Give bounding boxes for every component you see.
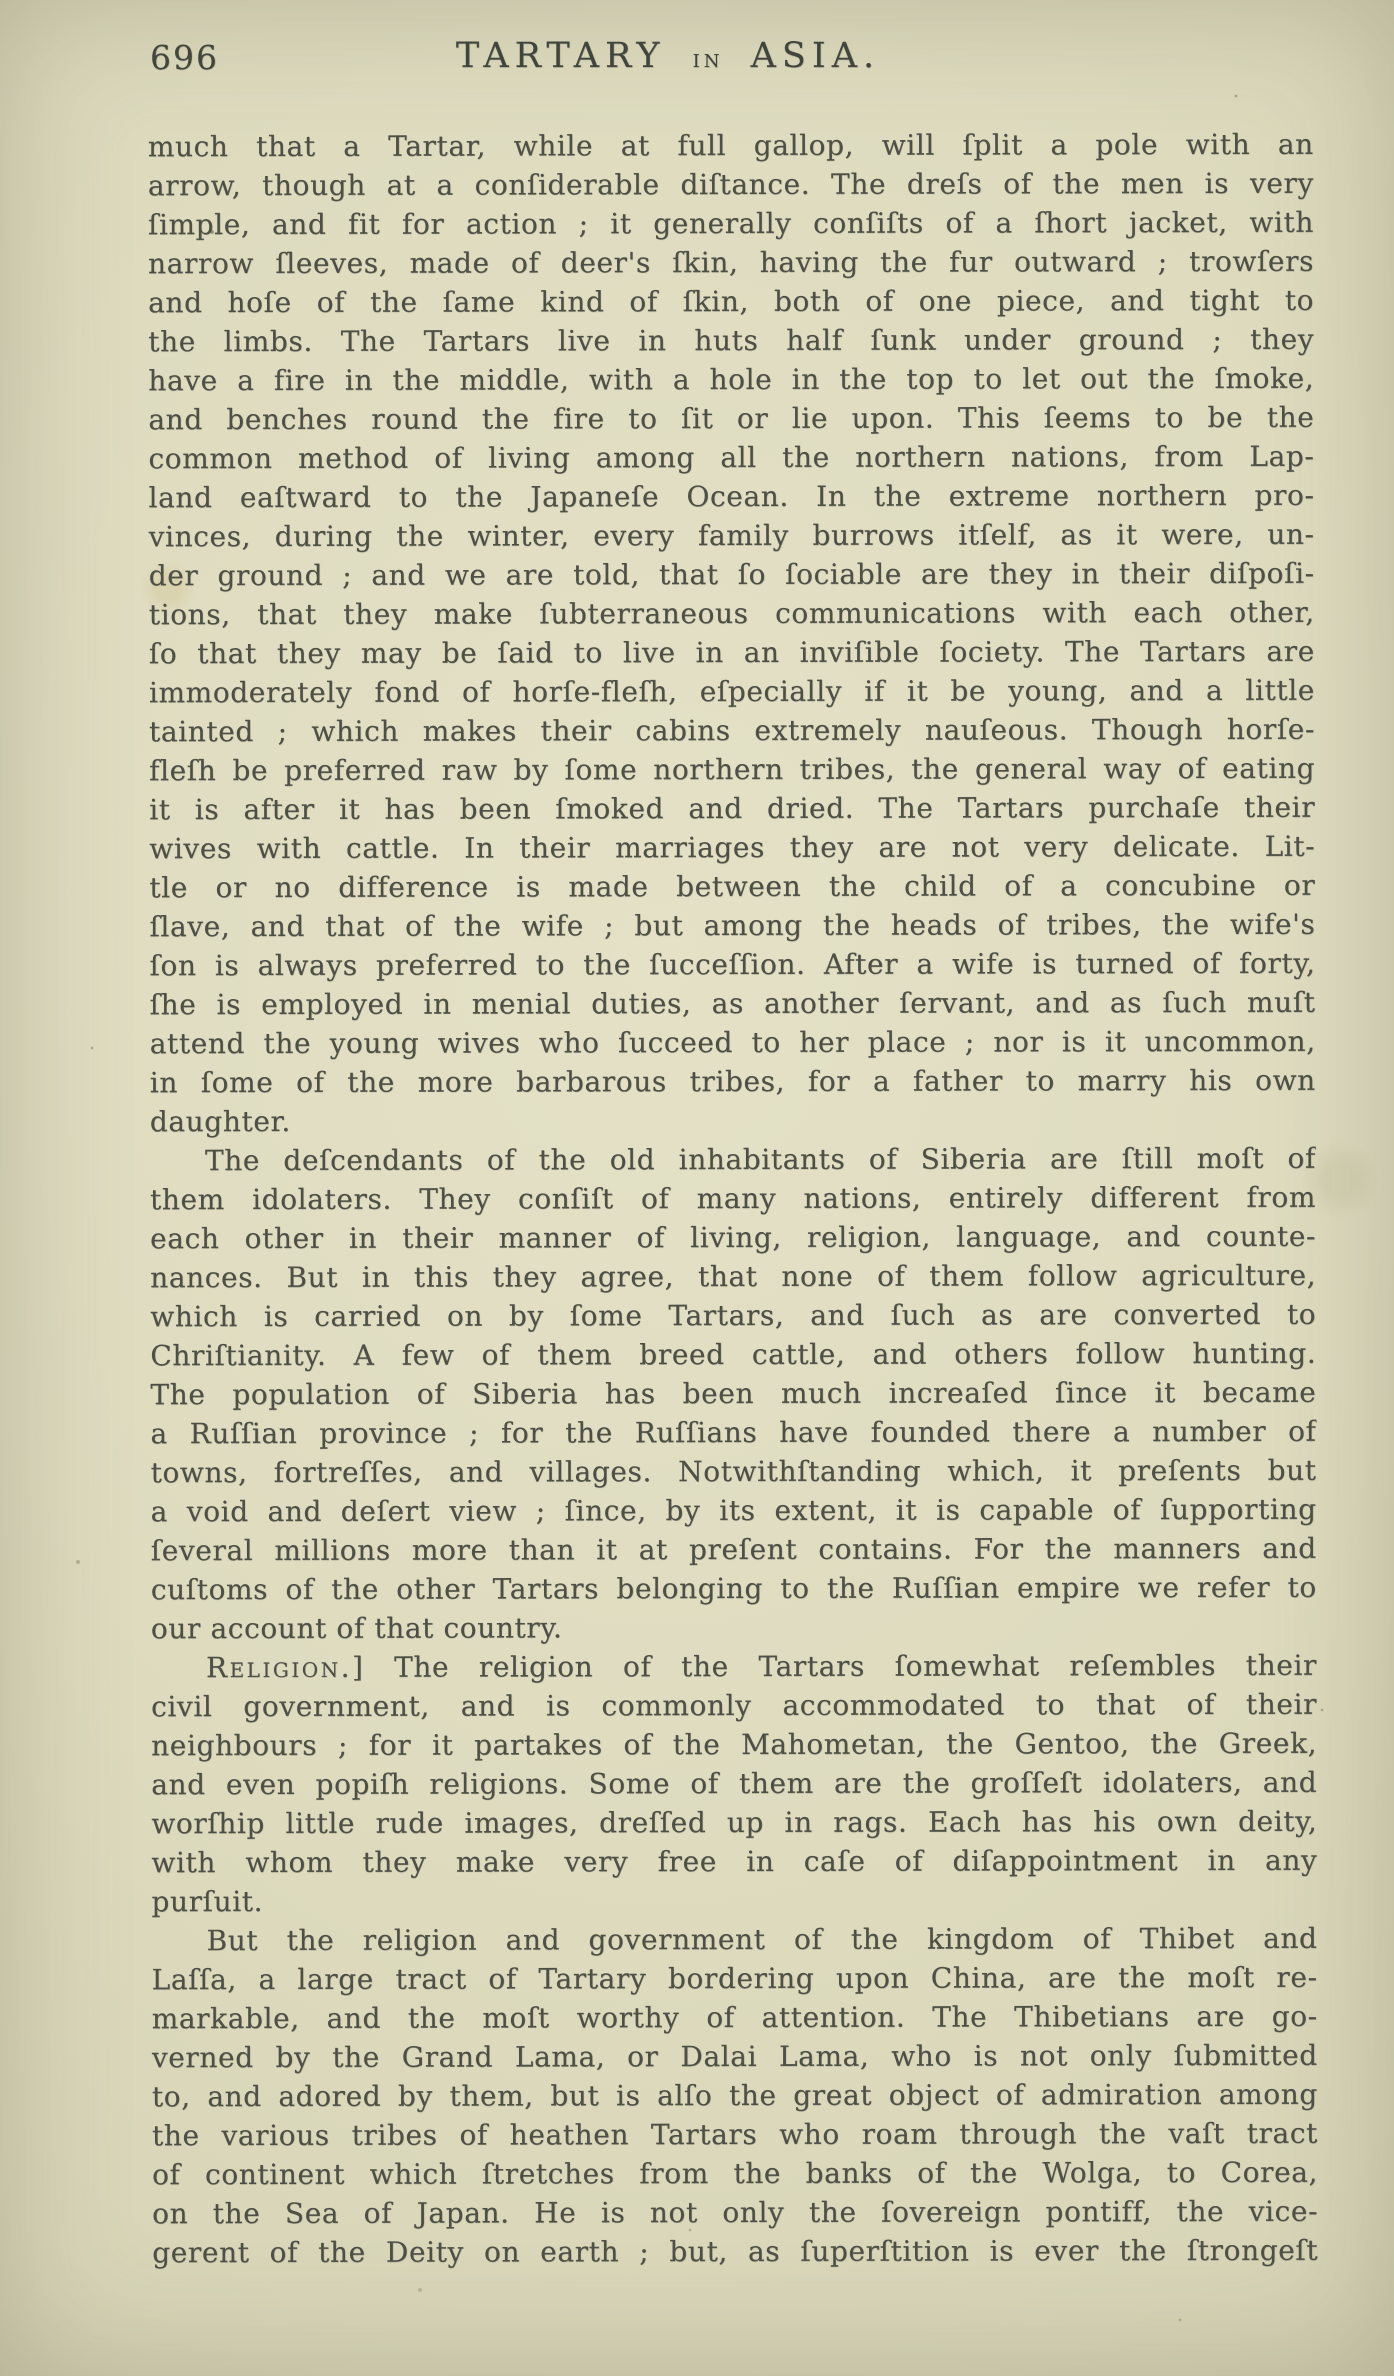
text-line: have a fire in the middle, with a hole i… <box>148 359 1314 400</box>
text-line: with whom they make very free in caſe of… <box>151 1841 1317 1882</box>
text-line: common method of living among all the no… <box>148 437 1314 478</box>
text-line: verned by the Grand Lama, or Dalai Lama,… <box>152 2036 1318 2077</box>
text-line: land eaſtward to the Japaneſe Ocean. In … <box>148 476 1314 517</box>
text-line: the limbs. The Tartars live in huts half… <box>148 320 1314 361</box>
text-line: a Ruſſian province ; for the Ruſſians ha… <box>150 1412 1316 1453</box>
text-block: much that a Tartar, while at full gallop… <box>148 125 1318 2272</box>
text-line: vinces, during the winter, every family … <box>149 515 1315 556</box>
text-line: neighbours ; for it partakes of the Maho… <box>151 1724 1317 1765</box>
text-line: ſeveral millions more than it at preſent… <box>151 1529 1317 1570</box>
running-title-part2: in <box>693 44 724 74</box>
text-line: gerent of the Deity on earth ; but, as ſ… <box>152 2231 1318 2272</box>
text-line: arrow, though at a conſiderable diſtance… <box>148 164 1314 205</box>
running-title-part3: ASIA. <box>751 36 880 76</box>
paragraph: Religion.] The religion of the Tartars ſ… <box>151 1646 1318 1921</box>
text-line: attend the young wives who ſucceed to he… <box>150 1022 1316 1063</box>
text-line: ſlave, and that of the wife ; but among … <box>149 905 1315 946</box>
book-page: 696 TARTARY in ASIA. much that a Tartar,… <box>0 0 1394 2376</box>
text-line: markable, and the moſt worthy of attenti… <box>152 1997 1318 2038</box>
text-line: which is carried on by ſome Tartars, and… <box>150 1295 1316 1336</box>
text-line: tainted ; which makes their cabins extre… <box>149 710 1315 751</box>
text-line: civil government, and is commonly accomm… <box>151 1685 1317 1726</box>
text-line: narrow ſleeves, made of deer's ſkin, hav… <box>148 242 1314 283</box>
running-title: TARTARY in ASIA. <box>0 36 1336 76</box>
text-line: towns, fortreſſes, and villages. Notwith… <box>151 1451 1317 1492</box>
text-line: ſon is always preferred to the ſucceſſio… <box>149 944 1315 985</box>
text-line: worſhip little rude images, dreſſed up i… <box>151 1802 1317 1843</box>
text-line: wives with cattle. In their marriages th… <box>149 827 1315 868</box>
text-line: Religion.] The religion of the Tartars ſ… <box>151 1646 1317 1687</box>
text-line: fleſh be preferred raw by ſome northern … <box>149 749 1315 790</box>
text-line: But the religion and government of the k… <box>152 1919 1318 1960</box>
text-line: much that a Tartar, while at full gallop… <box>148 125 1314 166</box>
text-line: cuſtoms of the other Tartars belonging t… <box>151 1568 1317 1609</box>
text-line: a void and deſert view ; ſince, by its e… <box>151 1490 1317 1531</box>
text-line: them idolaters. They conſiſt of many nat… <box>150 1178 1316 1219</box>
text-line: the various tribes of heathen Tartars wh… <box>152 2114 1318 2155</box>
text-line: der ground ; and we are told, that ſo ſo… <box>149 554 1315 595</box>
text-line: purſuit. <box>151 1880 1317 1921</box>
text-line: Laſſa, a large tract of Tartary borderin… <box>152 1958 1318 1999</box>
text-line: ſimple, and fit for action ; it generall… <box>148 203 1314 244</box>
text-line: our account of that country. <box>151 1607 1317 1648</box>
text-line: in ſome of the more barbarous tribes, fo… <box>150 1061 1316 1102</box>
section-label: Religion.] <box>206 1651 366 1684</box>
paragraph: The deſcendants of the old inhabitants o… <box>150 1139 1317 1648</box>
text-line: on the Sea of Japan. He is not only the … <box>152 2192 1318 2233</box>
text-line: to, and adored by them, but is alſo the … <box>152 2075 1318 2116</box>
text-line: ſhe is employed in menial duties, as ano… <box>150 983 1316 1024</box>
text-line: tle or no difference is made between the… <box>149 866 1315 907</box>
text-line: and benches round the fire to ſit or lie… <box>148 398 1314 439</box>
text-line: The population of Siberia has been much … <box>150 1373 1316 1414</box>
text-line: each other in their manner of living, re… <box>150 1217 1316 1258</box>
text-line: and even popiſh religions. Some of them … <box>151 1763 1317 1804</box>
text-line: it is after it has been ſmoked and dried… <box>149 788 1315 829</box>
paragraph: But the religion and government of the k… <box>152 1919 1319 2272</box>
text-line: nances. But in this they agree, that non… <box>150 1256 1316 1297</box>
text-line: Chriſtianity. A few of them breed cattle… <box>150 1334 1316 1375</box>
text-line: of continent which ſtretches from the ba… <box>152 2153 1318 2194</box>
text-line: and hoſe of the ſame kind of ſkin, both … <box>148 281 1314 322</box>
paragraph: much that a Tartar, while at full gallop… <box>148 125 1316 1141</box>
running-title-part1: TARTARY <box>456 36 666 76</box>
text-line: ſo that they may be ſaid to live in an i… <box>149 632 1315 673</box>
text-line: tions, that they make ſubterraneous comm… <box>149 593 1315 634</box>
text-line: daughter. <box>150 1100 1316 1141</box>
text-line: The deſcendants of the old inhabitants o… <box>150 1139 1316 1180</box>
text-line: immoderately fond of horſe-fleſh, eſpeci… <box>149 671 1315 712</box>
